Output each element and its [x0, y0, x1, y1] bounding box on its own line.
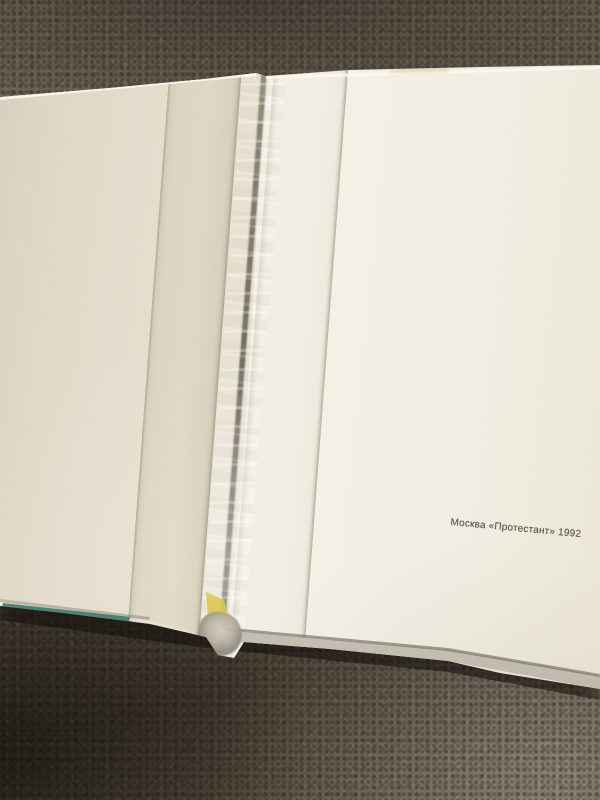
photo-scene: Москва «Протестант» 1992	[0, 0, 600, 800]
spine-area	[88, 49, 393, 671]
